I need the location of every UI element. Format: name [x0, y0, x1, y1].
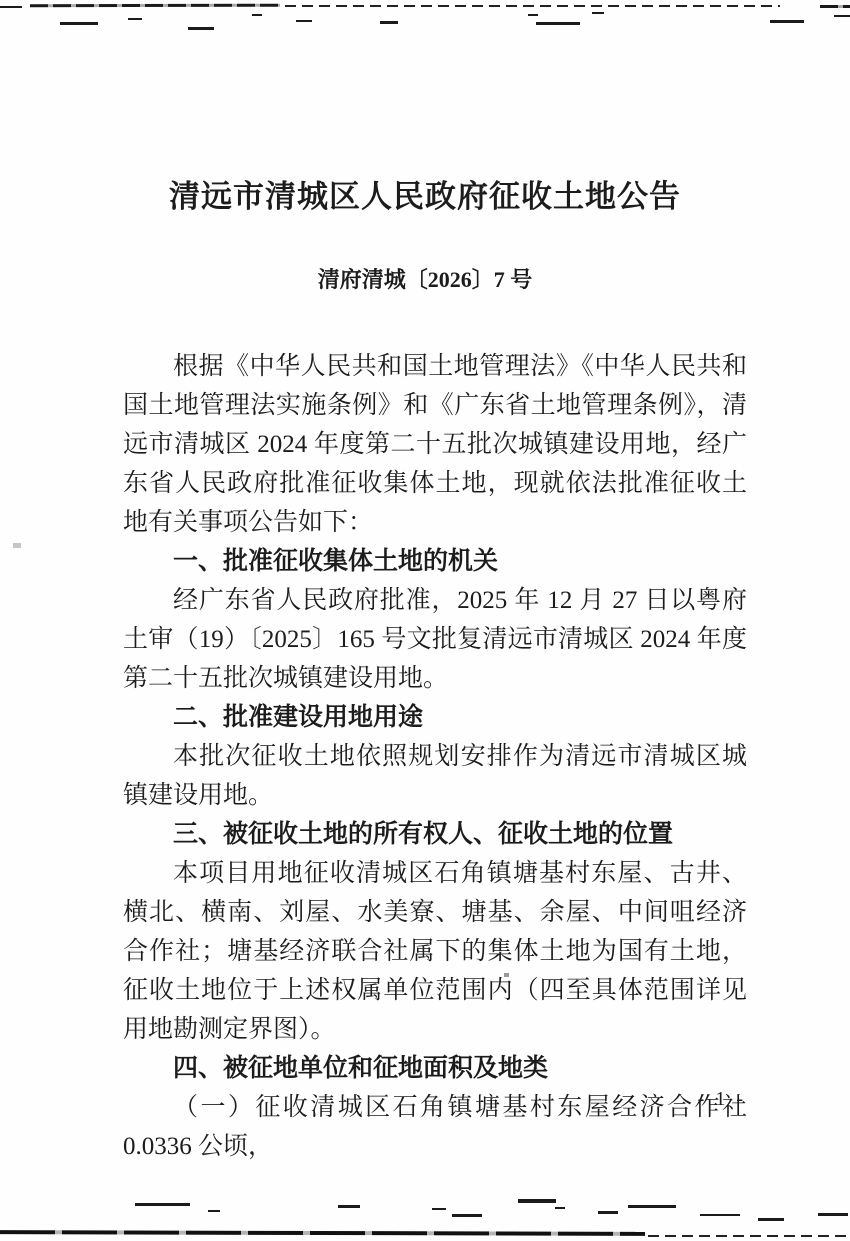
paragraph-legal-basis: 根据《中华人民共和国土地管理法》《中华人民共和国土地管理法实施条例》和《广东省土… [123, 347, 747, 542]
section-heading-3: 三、被征收土地的所有权人、征收土地的位置 [123, 815, 747, 854]
scan-artifact [536, 22, 580, 25]
scan-artifact [0, 1230, 645, 1236]
scan-artifact [700, 1214, 740, 1216]
document-number: 清府清城〔2026〕7 号 [0, 266, 850, 294]
scan-artifact [598, 1211, 618, 1214]
scan-artifact [834, 15, 850, 17]
scan-artifact [380, 21, 398, 24]
scan-artifact [135, 1203, 190, 1206]
scan-artifact [0, 6, 22, 8]
scan-artifact [528, 14, 538, 16]
scan-artifact [432, 1208, 446, 1210]
scan-artifact [820, 5, 850, 8]
scan-artifact [285, 5, 780, 7]
scan-artifact [208, 1210, 220, 1212]
scan-artifact [770, 20, 804, 23]
document-title: 清远市清城区人民政府征收土地公告 [0, 178, 850, 216]
page-number: - 1 - [123, 1088, 746, 1111]
document-page: 清远市清城区人民政府征收土地公告 清府清城〔2026〕7 号 根据《中华人民共和… [0, 0, 850, 1241]
scan-artifact [338, 1205, 360, 1208]
document-body: 根据《中华人民共和国土地管理法》《中华人民共和国土地管理法实施条例》和《广东省土… [123, 347, 747, 1166]
section-heading-4: 四、被征地单位和征地面积及地类 [123, 1049, 747, 1088]
scan-artifact [818, 1213, 848, 1216]
section-heading-2: 二、批准建设用地用途 [123, 698, 747, 737]
scan-artifact [628, 1205, 676, 1208]
section-heading-1: 一、批准征收集体土地的机关 [123, 542, 747, 581]
scan-artifact [518, 1199, 556, 1203]
scan-artifact [648, 1235, 850, 1237]
scan-artifact [758, 1218, 784, 1221]
scan-artifact [128, 18, 142, 20]
section-1-paragraph: 经广东省人民政府批准，2025 年 12 月 27 日以粤府土审（19）〔202… [123, 581, 747, 698]
scan-artifact [30, 4, 280, 8]
section-3-paragraph: 本项目用地征收清城区石角镇塘基村东屋、古井、横北、横南、刘屋、水美寮、塘基、余屋… [123, 854, 747, 1049]
scan-artifact [60, 22, 98, 25]
scan-artifact [252, 14, 262, 16]
scan-artifact [188, 27, 214, 30]
scan-artifact [13, 543, 21, 548]
scan-artifact [296, 20, 312, 22]
scan-artifact [592, 12, 604, 14]
scan-artifact [452, 1214, 482, 1217]
scan-artifact [555, 1207, 565, 1209]
section-2-paragraph: 本批次征收土地依照规划安排作为清远市清城区城镇建设用地。 [123, 737, 747, 815]
